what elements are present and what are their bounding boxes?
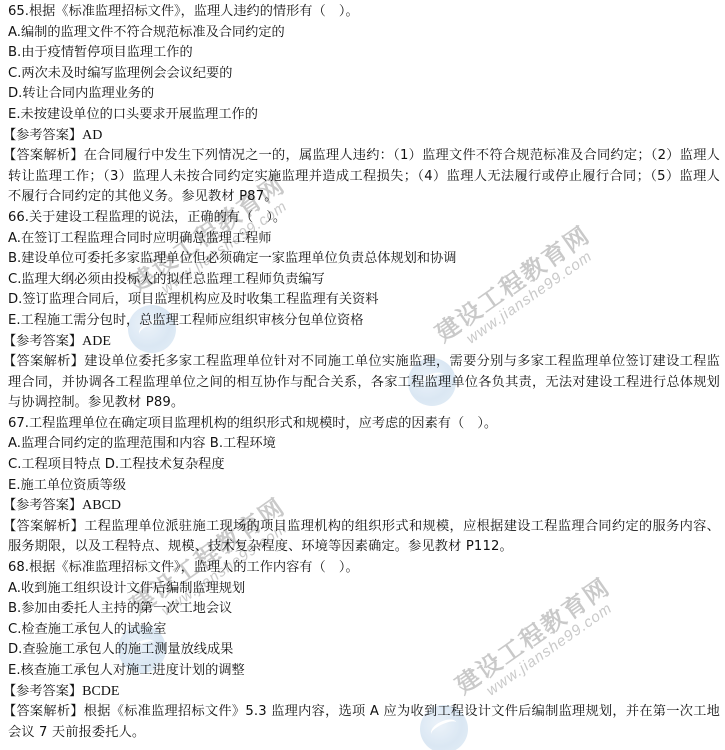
option-e: E.施工单位资质等级 [8, 476, 720, 497]
answer-value: ADE [82, 334, 111, 349]
reference-answer: 【参考答案】ADE [8, 332, 720, 353]
answer-label: 【参考答案】 [3, 334, 82, 349]
question-stem: 68.根据《标准监理招标文件》，监理人的工作内容有（ ）。 [8, 558, 720, 579]
analysis-text: 建设单位委托多家工程监理单位针对不同施工单位实施监理，需要分别与多家工程监理单位… [8, 354, 720, 410]
option-d: D.签订监理合同后，项目监理机构应及时收集工程监理有关资料 [8, 290, 720, 311]
reference-answer: 【参考答案】BCDE [8, 682, 720, 703]
option-e: E.核查施工承包人对施工进度计划的调整 [8, 661, 720, 682]
answer-analysis: 【答案解析】在合同履行中发生下列情况之一的，属监理人违约：（1）监理文件不符合规… [8, 146, 720, 208]
question-stem: 65.根据《标准监理招标文件》，监理人违约的情形有（ ）。 [8, 2, 720, 23]
answer-label: 【参考答案】 [3, 684, 82, 699]
question-65: 65.根据《标准监理招标文件》，监理人违约的情形有（ ）。 A.编制的监理文件不… [8, 2, 720, 208]
question-stem: 66.关于建设工程监理的说法，正确的有（ ）。 [8, 208, 720, 229]
option-b: B.由于疫情暂停项目监理工作的 [8, 43, 720, 64]
question-68: 68.根据《标准监理招标文件》，监理人的工作内容有（ ）。 A.收到施工组织设计… [8, 558, 720, 743]
reference-answer: 【参考答案】ABCD [8, 496, 720, 517]
option-e: E.工程施工需分包时，总监理工程师应组织审核分包单位资格 [8, 311, 720, 332]
question-66: 66.关于建设工程监理的说法，正确的有（ ）。 A.在签订工程监理合同时应明确总… [8, 208, 720, 414]
question-stem: 67.工程监理单位在确定项目监理机构的组织形式和规模时，应考虑的因素有（ ）。 [8, 414, 720, 435]
option-c: C.检查施工承包人的试验室 [8, 620, 720, 641]
option-a-b: A.监理合同约定的监理范围和内容 B.工程环境 [8, 434, 720, 455]
option-e: E.未按建设单位的口头要求开展监理工作的 [8, 105, 720, 126]
option-d: D.查验施工承包人的施工测量放线成果 [8, 640, 720, 661]
option-c: C.监理大纲必须由投标人的拟任总监理工程师负责编写 [8, 270, 720, 291]
analysis-label: 【答案解析】 [3, 148, 84, 163]
answer-analysis: 【答案解析】根据《标准监理招标文件》5.3 监理内容，选项 A 应为收到工程设计… [8, 702, 720, 743]
answer-value: BCDE [82, 684, 119, 699]
analysis-text: 工程监理单位派驻施工现场的项目监理机构的组织形式和规模，应根据建设工程监理合同约… [8, 519, 720, 555]
option-a: A.编制的监理文件不符合规范标准及合同约定的 [8, 23, 720, 44]
answer-value: ABCD [82, 498, 121, 513]
answer-label: 【参考答案】 [3, 498, 82, 513]
answer-analysis: 【答案解析】建设单位委托多家工程监理单位针对不同施工单位实施监理，需要分别与多家… [8, 352, 720, 414]
option-a: A.在签订工程监理合同时应明确总监理工程师 [8, 229, 720, 250]
analysis-label: 【答案解析】 [3, 354, 84, 369]
analysis-text: 在合同履行中发生下列情况之一的，属监理人违约：（1）监理文件不符合规范标准及合同… [8, 148, 720, 204]
option-c: C.两次未及时编写监理例会会议纪要的 [8, 64, 720, 85]
analysis-label: 【答案解析】 [3, 704, 84, 719]
option-d: D.转让合同内监理业务的 [8, 84, 720, 105]
option-b: B.参加由委托人主持的第一次工地会议 [8, 599, 720, 620]
answer-value: AD [82, 128, 102, 143]
option-b: B.建设单位可委托多家监理单位但必须确定一家监理单位负责总体规划和协调 [8, 249, 720, 270]
analysis-label: 【答案解析】 [3, 519, 84, 534]
option-a: A.收到施工组织设计文件后编制监理规划 [8, 579, 720, 600]
answer-label: 【参考答案】 [3, 128, 82, 143]
option-c-d: C.工程项目特点 D.工程技术复杂程度 [8, 455, 720, 476]
analysis-text: 根据《标准监理招标文件》5.3 监理内容，选项 A 应为收到工程设计文件后编制监… [8, 704, 720, 740]
reference-answer: 【参考答案】AD [8, 126, 720, 147]
exam-document: 65.根据《标准监理招标文件》，监理人违约的情形有（ ）。 A.编制的监理文件不… [8, 2, 720, 743]
question-67: 67.工程监理单位在确定项目监理机构的组织形式和规模时，应考虑的因素有（ ）。 … [8, 414, 720, 558]
answer-analysis: 【答案解析】工程监理单位派驻施工现场的项目监理机构的组织形式和规模，应根据建设工… [8, 517, 720, 558]
